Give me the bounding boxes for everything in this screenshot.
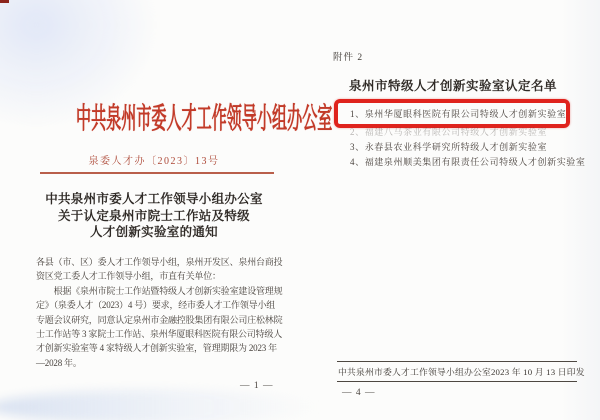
body-line: 根据《泉州市院士工作站暨特级人才创新实验室建设管理规 — [36, 284, 284, 298]
footer-rule-bottom — [337, 381, 577, 382]
notice-title-line: 关于认定泉州市院士工作站及特级 — [4, 208, 304, 225]
footer-print-date: 2023 年 10 月 13 日印发 — [491, 365, 585, 378]
list-item-4: 4、福建泉州顺美集团有限责任公司特级人才创新实验室 — [350, 155, 586, 168]
body-line: 士工作站等 3 家院士工作站、泉州华厦眼科医院有限公司特级人 — [36, 327, 284, 341]
page-number-right: — 4 — — [342, 388, 376, 398]
page-number-left: — 1 — — [240, 381, 274, 391]
footer-issuer: 中共泉州市委人才工作领导小组办公室 — [338, 365, 491, 378]
scanned-document: 中共泉州市委人才工作领导小组办公室 泉委人才办〔2023〕13号 中共泉州市委人… — [0, 0, 600, 420]
attachment-label: 附件 2 — [333, 49, 363, 63]
body-line: 各县（市、区）委人才工作领导小组，泉州开发区、泉州台商投 — [36, 255, 284, 269]
list-item-3: 3、永春县农业科学研究所特级人才创新实验室 — [350, 140, 547, 153]
document-page-left: 中共泉州市委人才工作领导小组办公室 泉委人才办〔2023〕13号 中共泉州市委人… — [4, 0, 304, 420]
notice-body: 各县（市、区）委人才工作领导小组，泉州开发区、泉州台商投 资区党工委人才工作领导… — [36, 255, 284, 370]
body-line: 专题会议研究，同意认定泉州市金融控股集团有限公司庄松林院 — [36, 313, 284, 327]
imprint-footer: 中共泉州市委人才工作领导小组办公室 2023 年 10 月 13 日印发 — [337, 361, 577, 382]
body-line: 定》（泉委人才（2023）4 号）要求，经市委人才工作领导小组 — [36, 298, 284, 312]
notice-title-line: 人才创新实验室的通知 — [4, 224, 304, 241]
footer-row: 中共泉州市委人才工作领导小组办公室 2023 年 10 月 13 日印发 — [337, 362, 577, 381]
document-page-right: 附件 2 泉州市特级人才创新实验室认定名单 1、泉州华厦眼科医院有限公司特级人才… — [306, 0, 600, 420]
notice-title: 中共泉州市委人才工作领导小组办公室 关于认定泉州市院士工作站及特级 人才创新实验… — [4, 191, 304, 241]
list-item-1: 1、泉州华厦眼科医院有限公司特级人才创新实验室 — [350, 107, 566, 120]
red-divider-rule — [40, 172, 274, 174]
document-number: 泉委人才办〔2023〕13号 — [4, 152, 304, 167]
body-line: —2028 年。 — [36, 356, 284, 370]
body-line: 才创新实验室等 4 家特级人才创新实验室，管理期限为 2023 年 — [36, 341, 284, 355]
body-line: 资区党工委人才工作领导小组，市直有关单位： — [36, 269, 284, 283]
list-title: 泉州市特级人才创新实验室认定名单 — [306, 76, 600, 94]
notice-title-line: 中共泉州市委人才工作领导小组办公室 — [4, 191, 304, 208]
list-item-2: 2、福建八马茶业有限公司特级人才创新实验室 — [350, 125, 547, 138]
agency-header: 中共泉州市委人才工作领导小组办公室 — [76, 96, 232, 137]
